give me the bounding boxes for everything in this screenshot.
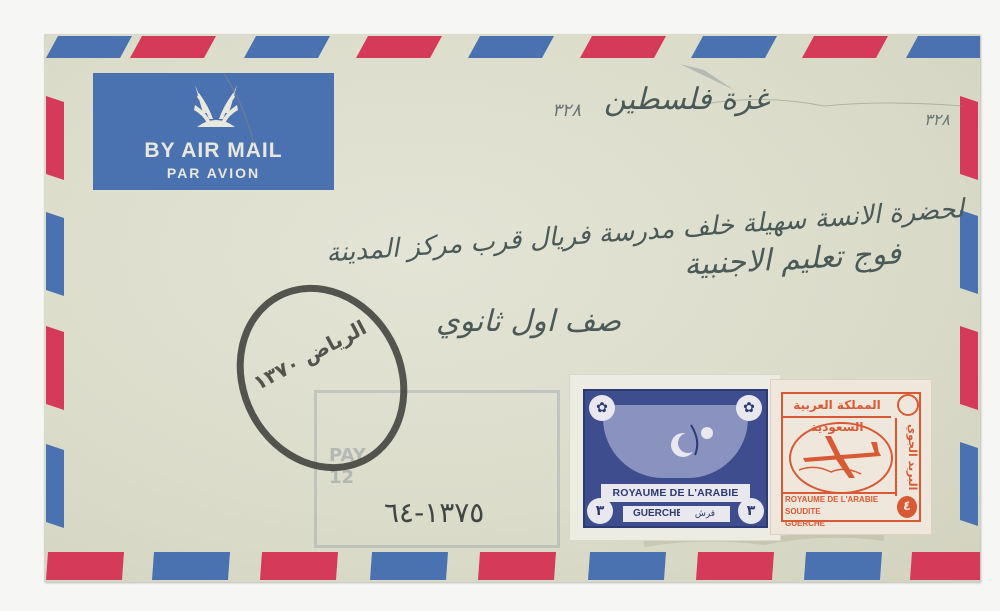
address-city: غزة فلسطين	[604, 82, 769, 117]
stamp-country: ROYAUME DE L'ARABIE SOUDITE	[601, 484, 750, 502]
address-class: صف اول ثانوي	[436, 304, 621, 339]
red-airmail-stamp: المملكة العربية السعودية البريد الجوي RO…	[771, 380, 931, 534]
rosette-icon: ✿	[589, 395, 615, 421]
stamp-frame: ✿ ✿ ٣ ٣ ROYAUME DE L'ARABIE SOUDITE GUER…	[583, 389, 768, 528]
address-numeral-right: ٣٢٨	[924, 110, 950, 129]
stamp-arabic-side: البريد الجوي	[895, 418, 919, 496]
handwritten-number: ١٣٧٥-٦٤	[384, 496, 484, 529]
tughra-crescent-icon	[661, 421, 721, 461]
stamp-value: ٤	[897, 496, 917, 518]
stamp-country: ROYAUME DE L'ARABIE SOUDITE GUERCHE	[783, 492, 895, 520]
stamp-currency-arabic: قرش	[680, 506, 730, 522]
stamp-arabic-header: المملكة العربية السعودية	[783, 394, 891, 418]
airplane-icon	[795, 428, 887, 484]
stamp-center	[603, 405, 748, 478]
postmark-text: الرياض ١٣٧٠	[246, 313, 373, 397]
address-numeral-left: ٣٢٨	[552, 100, 581, 121]
airmail-envelope: BY AIR MAIL PAR AVION غزة فلسطين ٣٢٨ ٣٢٨…	[44, 34, 980, 582]
rosette-icon: ✿	[736, 395, 762, 421]
rosette-icon	[897, 394, 919, 416]
blue-tughra-stamp: ✿ ✿ ٣ ٣ ROYAUME DE L'ARABIE SOUDITE GUER…	[570, 375, 780, 540]
